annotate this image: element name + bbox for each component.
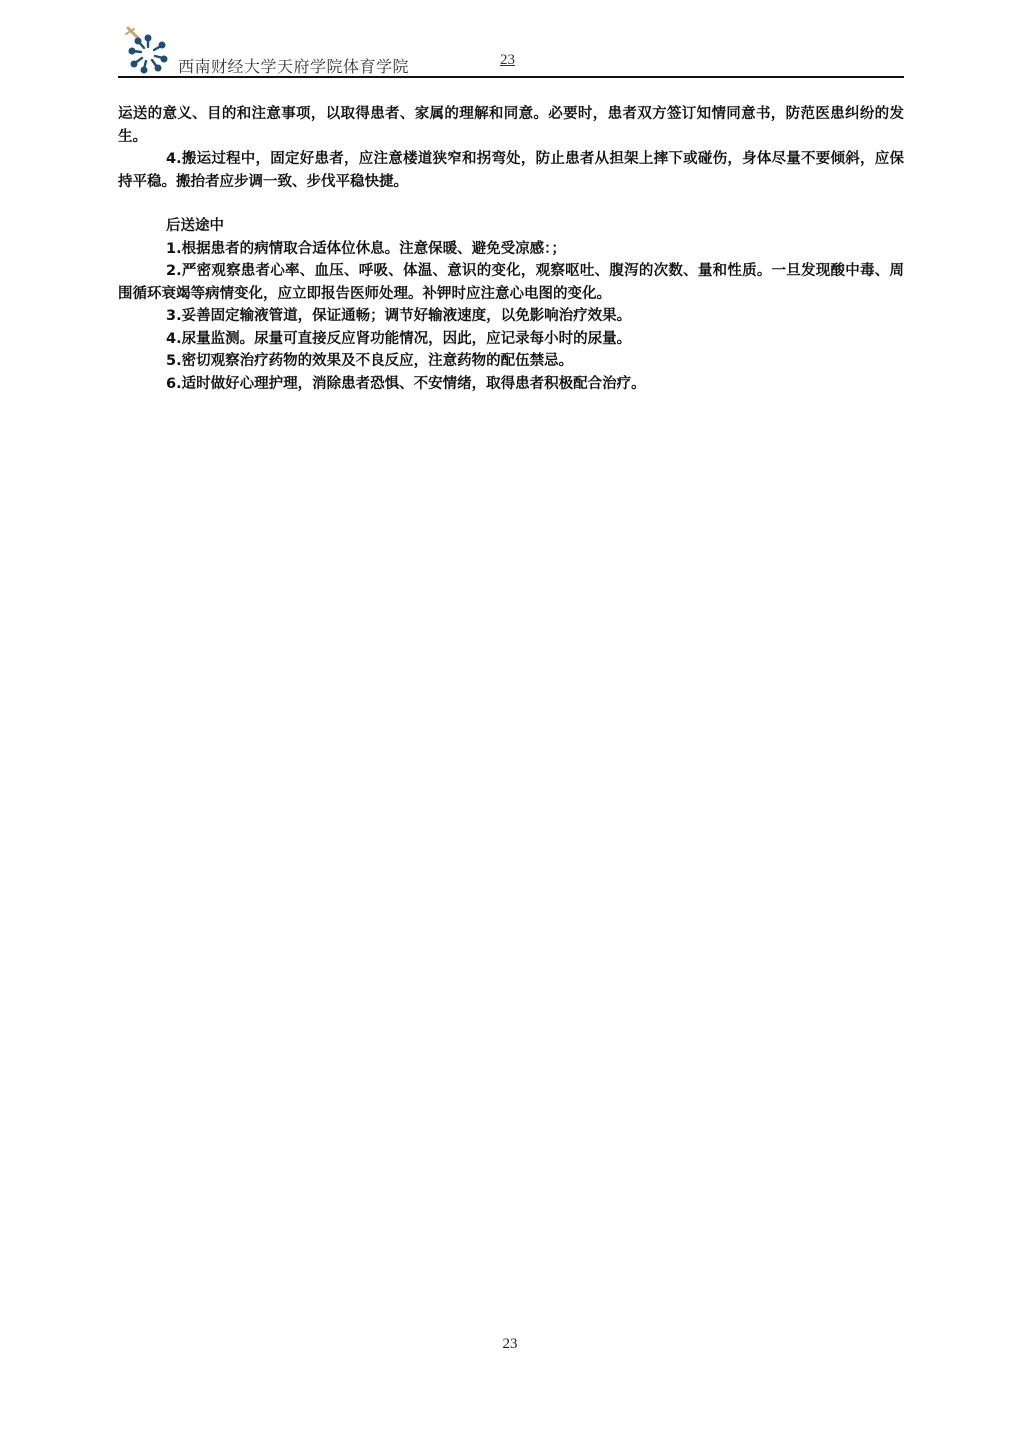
list-item: 2.严密观察患者心率、血压、呼吸、体温、意识的变化，观察呕吐、腹泻的次数、量和性… [118,260,904,305]
list-item: 3.妥善固定输液管道，保证通畅；调节好输液速度，以免影响治疗效果。 [118,305,904,328]
list-item: 4.尿量监测。尿量可直接反应肾功能情况，因此，应记录每小时的尿量。 [118,328,904,351]
footer-page-number: 23 [0,1336,1020,1353]
university-emblem-icon [124,26,168,74]
section-title: 后送途中 [118,215,904,238]
paragraph: 4.搬运过程中，固定好患者，应注意楼道狭窄和拐弯处，防止患者从担架上摔下或碰伤，… [118,148,904,193]
header-divider [118,76,904,78]
header-page-number: 23 [500,52,515,69]
page-header: 西南财经大学天府学院体育学院 23 [118,24,904,78]
list-item: 1.根据患者的病情取合适体位休息。注意保暖、避免受凉感：； [118,238,904,261]
list-item: 5.密切观察治疗药物的效果及不良反应，注意药物的配伍禁忌。 [118,350,904,373]
list-item: 6.适时做好心理护理，消除患者恐惧、不安情绪，取得患者积极配合治疗。 [118,373,904,396]
document-body: 运送的意义、目的和注意事项，以取得患者、家属的理解和同意。必要时，患者双方签订知… [118,103,904,395]
section-spacer [118,193,904,215]
header-institution-name: 西南财经大学天府学院体育学院 [178,54,409,77]
paragraph: 运送的意义、目的和注意事项，以取得患者、家属的理解和同意。必要时，患者双方签订知… [118,103,904,148]
